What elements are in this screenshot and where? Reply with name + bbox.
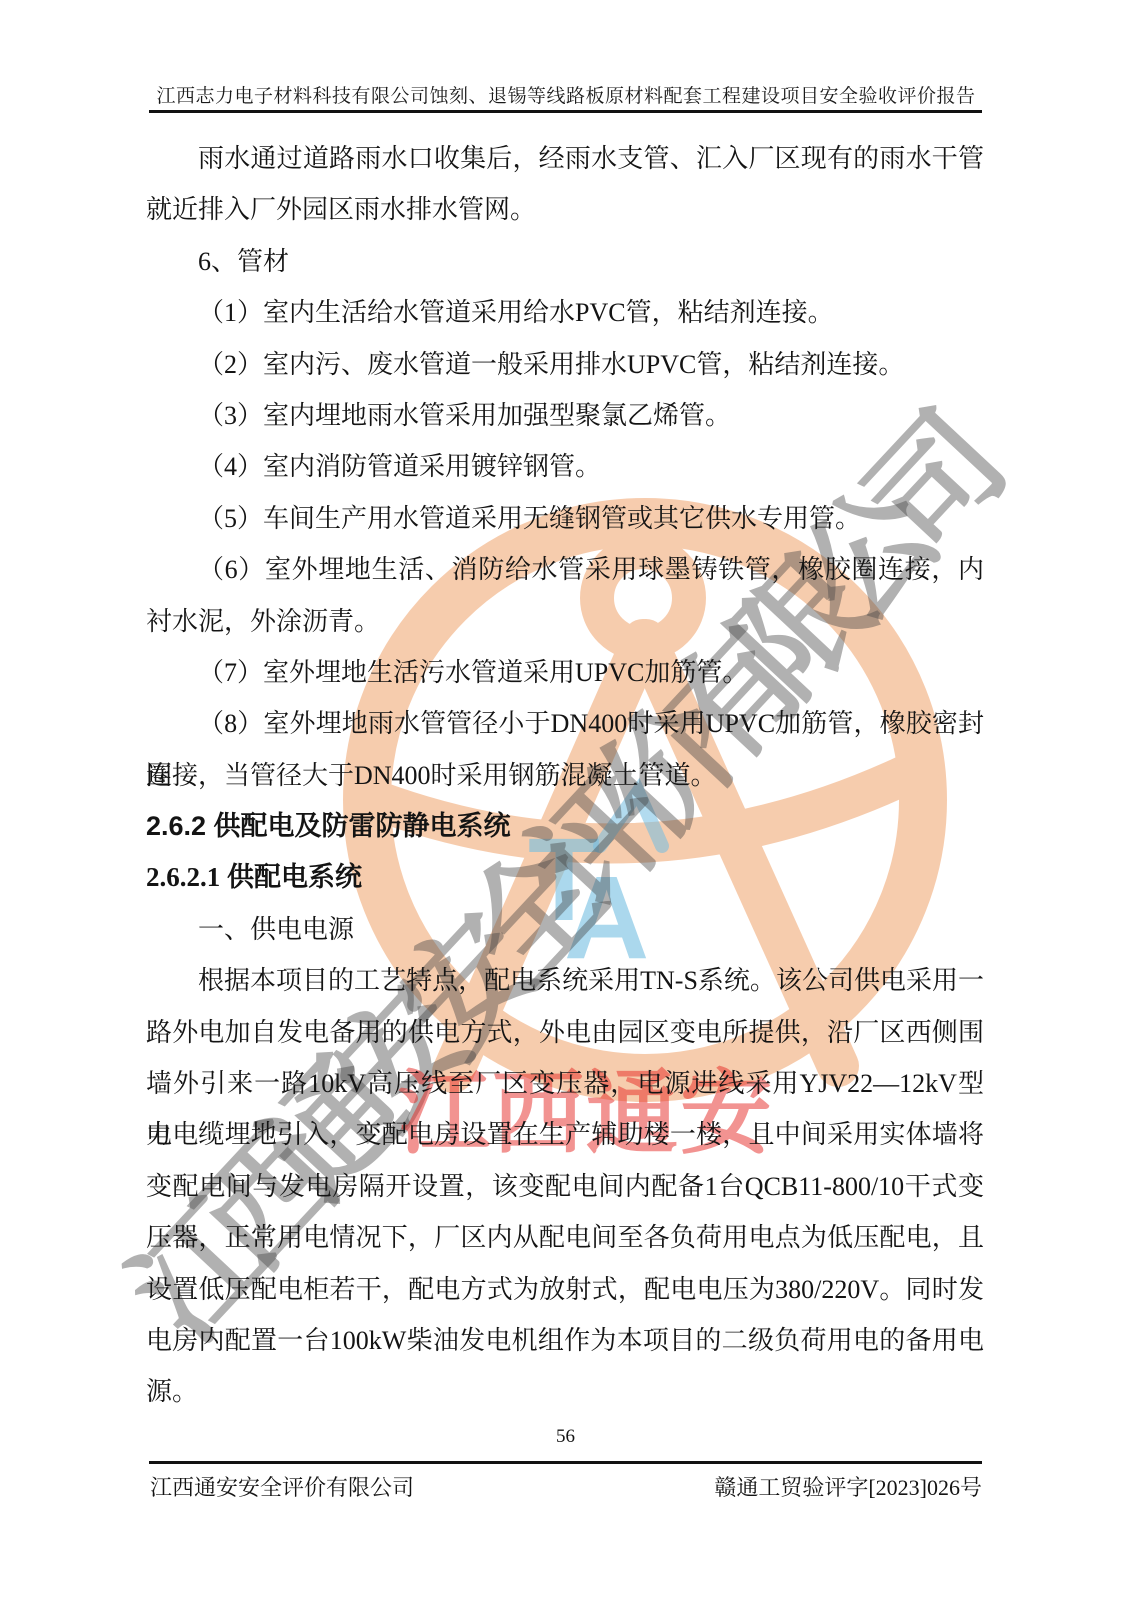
body-line: （5）车间生产用水管道采用无缝钢管或其它供水专用管。 xyxy=(146,493,984,544)
body-line: （3）室内埋地雨水管采用加强型聚氯乙烯管。 xyxy=(146,390,984,441)
body-line: 就近排入厂外园区雨水排水管网。 xyxy=(146,184,984,235)
body-line: 变配电间与发电房隔开设置，该变配电间内配备1台QCB11-800/10干式变 xyxy=(146,1161,984,1212)
body-line: 设置低压配电柜若干，配电方式为放射式，配电电压为380/220V。同时发 xyxy=(146,1264,984,1315)
footer-document-number: 赣通工贸验评字[2023]026号 xyxy=(714,1471,982,1502)
body-line: （8）室外埋地雨水管管径小于DN400时采用UPVC加筋管，橡胶密封圈 xyxy=(146,698,984,749)
body-line: 压器，正常用电情况下，厂区内从配电间至各负荷用电点为低压配电，且 xyxy=(146,1212,984,1263)
page-number: 56 xyxy=(0,1426,1131,1448)
section-heading: 2.6.2 供配电及防雷防静电系统 xyxy=(146,801,984,852)
body-line: 路外电加自发电备用的供电方式，外电由园区变电所提供，沿厂区西侧围 xyxy=(146,1007,984,1058)
body-line: 一、供电电源 xyxy=(146,904,984,955)
section-heading: 2.6.2.1 供配电系统 xyxy=(146,852,984,903)
body-line: （1）室内生活给水管道采用给水PVC管，粘结剂连接。 xyxy=(146,287,984,338)
body-line: 源。 xyxy=(146,1366,984,1417)
footer-rule xyxy=(149,1461,982,1464)
body-line: 雨水通过道路雨水口收集后，经雨水支管、汇入厂区现有的雨水干管 xyxy=(146,133,984,184)
body-line: 根据本项目的工艺特点，配电系统采用TN-S系统。该公司供电采用一 xyxy=(146,955,984,1006)
body-line: （2）室内污、废水管道一般采用排水UPVC管，粘结剂连接。 xyxy=(146,339,984,390)
body-line: 电房内配置一台100kW柴油发电机组作为本项目的二级负荷用电的备用电 xyxy=(146,1315,984,1366)
body-line: 衬水泥，外涂沥青。 xyxy=(146,596,984,647)
body-line: 墙外引来一路10kV高压线至厂区变压器，电源进线采用YJV22—12kV型电 xyxy=(146,1058,984,1109)
body-line: 力电缆埋地引入，变配电房设置在生产辅助楼一楼，且中间采用实体墙将 xyxy=(146,1109,984,1160)
document-body: 雨水通过道路雨水口收集后，经雨水支管、汇入厂区现有的雨水干管 就近排入厂外园区雨… xyxy=(146,133,984,1418)
body-line: 连接，当管径大于DN400时采用钢筋混凝土管道。 xyxy=(146,750,984,801)
report-page: T A 江西通安安全评价有限公司 江西通安 江西志力电子材料科技有限公司蚀刻、退… xyxy=(0,0,1131,1600)
page-header-title: 江西志力电子材料科技有限公司蚀刻、退锡等线路板原材料配套工程建设项目安全验收评价… xyxy=(150,81,982,108)
footer: 江西通安安全评价有限公司 赣通工贸验评字[2023]026号 xyxy=(150,1471,982,1502)
footer-company-name: 江西通安安全评价有限公司 xyxy=(150,1471,414,1502)
body-line: （6）室外埋地生活、消防给水管采用球墨铸铁管，橡胶圈连接，内 xyxy=(146,544,984,595)
body-line: （4）室内消防管道采用镀锌钢管。 xyxy=(146,441,984,492)
body-line: （7）室外埋地生活污水管道采用UPVC加筋管。 xyxy=(146,647,984,698)
body-line: 6、管材 xyxy=(146,236,984,287)
header-rule xyxy=(149,110,982,113)
